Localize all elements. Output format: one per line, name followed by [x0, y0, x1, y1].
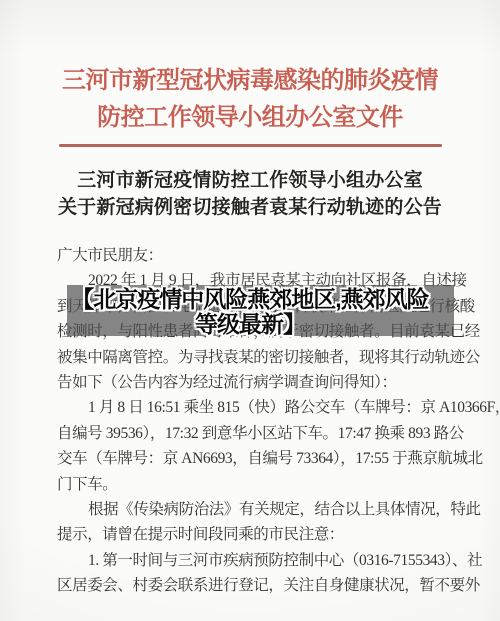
body-line: 1 月 8 日 16:51 乘坐 815（快）路公交车（车牌号：京 A10366… — [57, 395, 461, 420]
body-line: 区居委会、村委会联系进行登记，关注自身健康状况，暂不要外 — [57, 573, 461, 598]
letterhead: 三河市新型冠状病毒感染的肺炎疫情 防控工作领导小组办公室文件 — [0, 62, 500, 136]
body-line: 1. 第一时间与三河市疾病预防控制中心（0316-7155343）、社 — [57, 548, 461, 573]
watermark-caption-line1: 【北京疫情中风险燕郊地区,燕郊风险 — [0, 287, 500, 312]
document-photo: 三河市新型冠状病毒感染的肺炎疫情 防控工作领导小组办公室文件 三河市新冠疫情防控… — [0, 0, 500, 621]
watermark-caption-line2: 等级最新】 — [0, 312, 500, 337]
body-line: 告如下（公告内容为经过流行病学调查询问得知）： — [57, 370, 461, 395]
body-line: 根据《传染病防治法》有关规定，结合以上具体情况，特此 — [57, 497, 461, 522]
body-line: 交车（车牌号：京 AN6693，自编号 73364），17:55 于燕京航城北 — [57, 446, 461, 471]
body-line: 提示，请曾在提示时间段同乘的市民注意： — [57, 522, 461, 547]
letterhead-divider — [59, 144, 442, 147]
watermark-caption: 【北京疫情中风险燕郊地区,燕郊风险 等级最新】 — [0, 287, 500, 337]
body-line: 被集中隔离管控。为寻找袁某的密切接触者，现将其行动轨迹公 — [57, 345, 461, 370]
body-line: 自编号 39536），17:32 到意华小区站下车。17:47 换乘 893 路… — [57, 421, 461, 446]
document-title: 三河市新冠疫情防控工作领导小组办公室 关于新冠病例密切接触者袁某行动轨迹的公告 — [0, 167, 500, 221]
document-title-line2: 关于新冠病例密切接触者袁某行动轨迹的公告 — [0, 194, 500, 221]
body-line: 门下车。 — [57, 472, 461, 497]
document-title-line1: 三河市新冠疫情防控工作领导小组办公室 — [0, 167, 500, 194]
body-line: 广大市民朋友： — [57, 243, 461, 268]
letterhead-line1: 三河市新型冠状病毒感染的肺炎疫情 — [0, 62, 500, 99]
letterhead-line2: 防控工作领导小组办公室文件 — [0, 99, 500, 136]
